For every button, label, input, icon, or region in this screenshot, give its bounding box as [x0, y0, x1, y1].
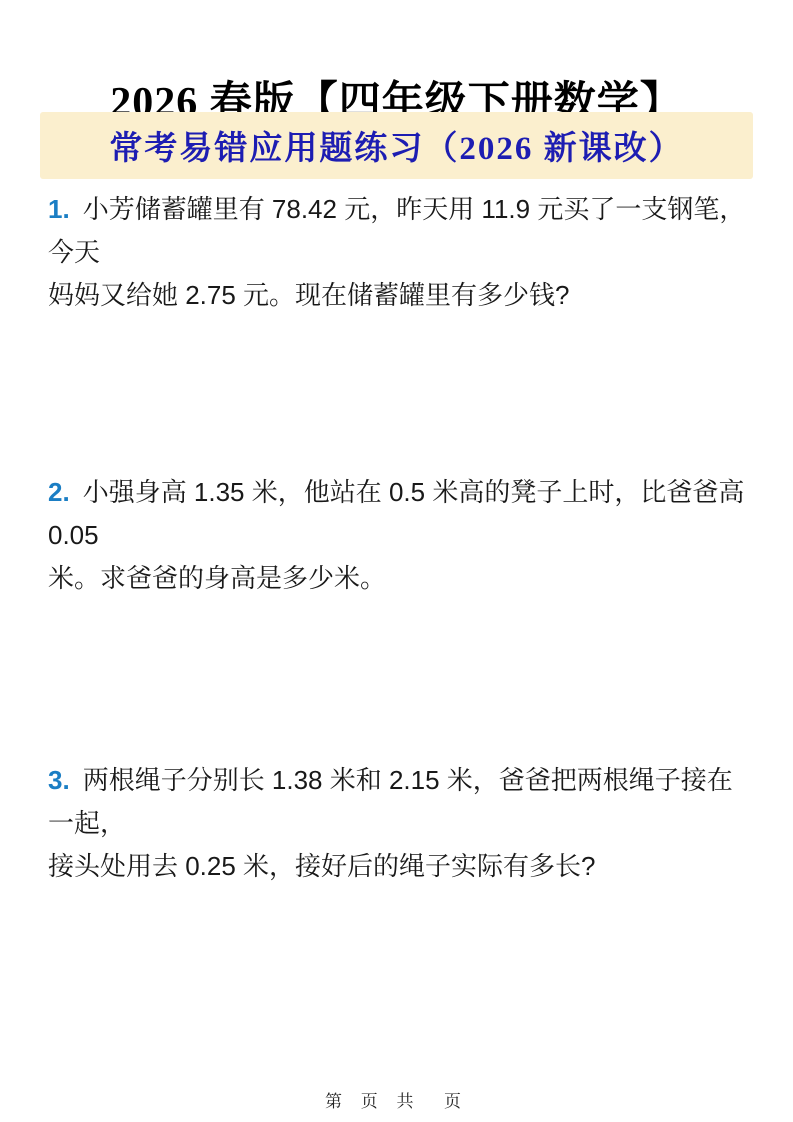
problem-2-line-1: 2.小强身高 1.35 米，他站在 0.5 米高的凳子上时，比爸爸高 0.05	[48, 471, 749, 557]
problem-3-number: 3.	[48, 765, 70, 795]
problem-3-line-1: 3.两根绳子分别长 1.38 米和 2.15 米，爸爸把两根绳子接在一起，	[48, 759, 749, 845]
problem-1-text-line-1: 小芳储蓄罐里有 78.42 元，昨天用 11.9 元买了一支钢笔，今天	[48, 194, 745, 267]
problem-1-line-1: 1.小芳储蓄罐里有 78.42 元，昨天用 11.9 元买了一支钢笔，今天	[48, 188, 749, 274]
problem-3: 3.两根绳子分别长 1.38 米和 2.15 米，爸爸把两根绳子接在一起， 接头…	[48, 759, 749, 888]
subtitle-banner: 常考易错应用题练习（2026 新课改）	[40, 112, 753, 179]
problem-1: 1.小芳储蓄罐里有 78.42 元，昨天用 11.9 元买了一支钢笔，今天 妈妈…	[48, 188, 749, 317]
problem-2: 2.小强身高 1.35 米，他站在 0.5 米高的凳子上时，比爸爸高 0.05 …	[48, 471, 749, 600]
page-number-footer: 第 页 共 页	[0, 1087, 793, 1112]
problem-3-line-2: 接头处用去 0.25 米，接好后的绳子实际有多长?	[48, 845, 749, 888]
problem-1-line-2: 妈妈又给她 2.75 元。现在储蓄罐里有多少钱?	[48, 274, 749, 317]
worksheet-page: 2026 春版【四年级下册数学】 常考易错应用题练习（2026 新课改） 1.小…	[0, 0, 793, 1122]
problem-2-number: 2.	[48, 477, 70, 507]
problem-1-number: 1.	[48, 194, 70, 224]
problem-2-text-line-1: 小强身高 1.35 米，他站在 0.5 米高的凳子上时，比爸爸高 0.05	[48, 477, 744, 550]
problem-2-line-2: 米。求爸爸的身高是多少米。	[48, 557, 749, 600]
problem-3-text-line-1: 两根绳子分别长 1.38 米和 2.15 米，爸爸把两根绳子接在一起，	[48, 765, 733, 838]
subtitle-text: 常考易错应用题练习（2026 新课改）	[109, 122, 683, 169]
